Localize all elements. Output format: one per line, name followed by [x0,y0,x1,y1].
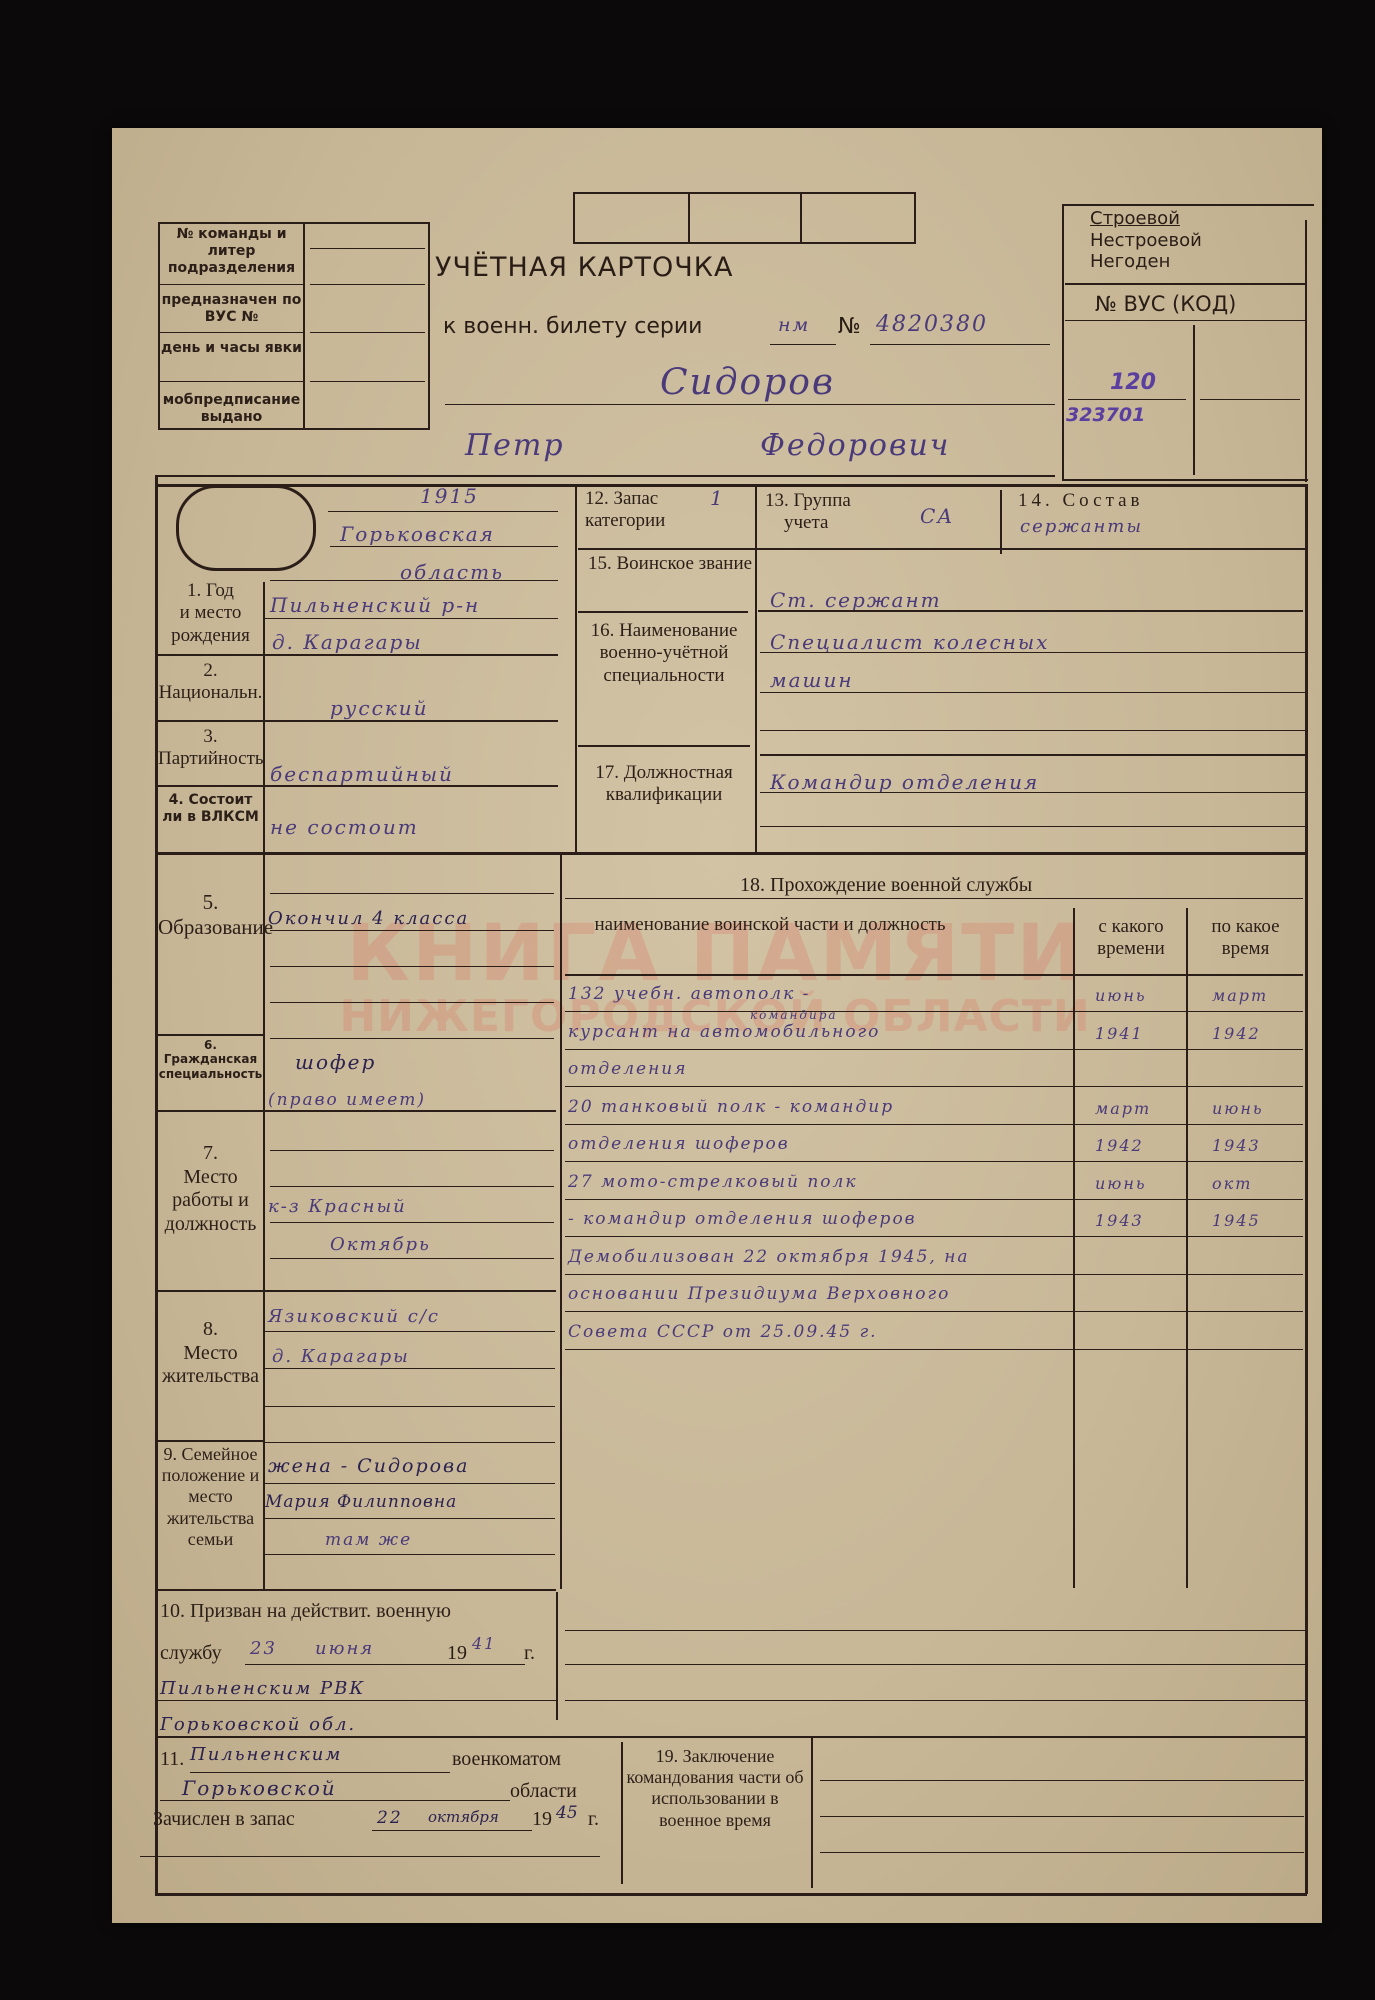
document-title: УЧЁТНАЯ КАРТОЧКА [435,252,733,283]
service-unit[interactable]: курсант на автомобильного [568,1022,880,1042]
service-to[interactable]: 1942 [1212,1024,1261,1043]
label-assigned-vus: предназначен по ВУС № [160,292,303,326]
label-reserve: Зачислен в запас [153,1808,295,1831]
label-nationality: 2. Национальн. [158,660,263,705]
workplace-line-2[interactable]: Октябрь [330,1234,431,1255]
drafted-year-prefix: 19 [447,1642,467,1665]
commissariat-value[interactable]: Пильненским [190,1744,342,1765]
family-line-1[interactable]: жена - Сидорова [268,1455,469,1477]
specialty-line-1[interactable]: Специалист колесных [770,630,1049,654]
label-commissariat: военкоматом [452,1748,561,1771]
service-unit[interactable]: 27 мото-стрелковый полк [568,1172,858,1192]
reserve-day[interactable]: 22 [377,1808,403,1828]
reserve-month[interactable]: октября [428,1808,499,1826]
service-unit[interactable]: 132 учебн. автополк - [568,984,810,1004]
reserve-year-end: г. [588,1808,599,1831]
drafted-by-line-1[interactable]: Пильненским РВК [160,1678,365,1699]
birth-place-line-4[interactable]: д. Карагары [272,630,423,654]
service-col-unit: наименование воинской части и должность [580,914,960,936]
label-team-number: № команды и литер подразделения [160,226,303,276]
label-mob-order: мобпредписание выдано [160,392,303,426]
label-rank: 15. Воинское звание [578,553,758,575]
reserve-year-prefix: 19 [532,1808,552,1831]
drafted-year[interactable]: 41 [472,1634,496,1653]
patronymic[interactable]: Федорович [760,428,950,463]
service-from[interactable]: июнь [1095,986,1147,1005]
label-birth: 1. Годи место рождения [158,580,263,647]
residence-line-2[interactable]: д. Карагары [272,1346,410,1367]
label-residence: 8.Место жительства [158,1318,263,1389]
service-unit[interactable]: - командир отделения шоферов [568,1209,917,1229]
service-unit[interactable]: 20 танковый полк - командир [568,1097,894,1117]
fitness-option-drill[interactable]: Строевой [1090,208,1202,230]
fitness-option-non-drill[interactable]: Нестроевой [1090,230,1202,252]
drafted-by-line-2[interactable]: Горьковской обл. [160,1714,356,1735]
ticket-prefix: к военн. билету серии [443,314,702,339]
education-value[interactable]: Окончил 4 класса [268,908,469,929]
birth-place-line-1[interactable]: Горьковская [340,522,495,546]
label-civil-specialty: 6. Гражданская специальность [158,1038,263,1081]
service-to[interactable]: окт [1212,1174,1252,1193]
service-to[interactable]: 1943 [1212,1136,1261,1155]
family-line-2[interactable]: Мария Филипповна [265,1492,457,1512]
label-workplace: 7.Место работы и должность [158,1142,263,1236]
residence-line-1[interactable]: Язиковский с/с [268,1306,440,1327]
komsomol-value[interactable]: не состоит [270,815,419,839]
service-unit[interactable]: Совета СССР от 25.09.45 г. [568,1322,878,1342]
ticket-number[interactable]: 4820380 [876,312,988,337]
reserve-year[interactable]: 45 [556,1803,578,1823]
label-education: 5.Образование [158,890,263,940]
label-region: области [510,1780,577,1803]
service-to[interactable]: июнь [1212,1099,1264,1118]
service-from[interactable]: март [1095,1099,1151,1118]
family-line-3[interactable]: там же [325,1530,412,1550]
label-reserve-category: 12. Запаскатегории [585,488,665,533]
service-col-to: по какое время [1188,916,1303,961]
drafted-month[interactable]: июня [315,1638,374,1659]
label-commissariat-num: 11. [160,1748,184,1771]
qualification-value[interactable]: Командир отделения [770,770,1039,794]
rank-value[interactable]: Ст. сержант [770,588,942,612]
service-unit[interactable]: отделения [568,1059,687,1079]
account-group-value[interactable]: СА [920,504,954,528]
civil-specialty-line-2[interactable]: (право имеет) [268,1090,426,1110]
label-qualification: 17. Должностная квалификации [578,762,750,807]
service-from[interactable]: 1942 [1095,1136,1144,1155]
service-note: командира [750,1008,838,1022]
service-unit[interactable]: отделения шоферов [568,1134,790,1154]
photo-placeholder [176,485,316,571]
fitness-option-unfit[interactable]: Негоден [1090,251,1202,273]
vus-code-label: № ВУС (КОД) [1095,292,1236,316]
party-value[interactable]: беспартийный [270,762,454,786]
label-family: 9. Семейное положение и место жительства… [158,1444,263,1550]
service-from[interactable]: июнь [1095,1174,1147,1193]
vus-stamp-bottom: 323701 [1066,404,1145,426]
service-unit[interactable]: основании Президиума Верховного [568,1284,950,1304]
label-komsomol: 4. Состоит ли в ВЛКСМ [158,792,263,826]
workplace-line-1[interactable]: к-з Красный [268,1196,407,1217]
service-unit[interactable]: Демобилизован 22 октября 1945, на [568,1247,970,1267]
region-value[interactable]: Горьковской [182,1776,337,1800]
drafted-day[interactable]: 23 [250,1638,277,1659]
label-composition: 14. Состав [1018,490,1144,512]
label-party: 3. Партийность [158,726,263,771]
label-account-group: 13. Группа учета [765,490,851,535]
vus-stamp-top: 120 [1110,370,1156,395]
composition-value[interactable]: сержанты [1020,516,1143,537]
label-drafted: 10. Призван на действит. военную [160,1600,451,1624]
service-col-from: с какого времени [1076,916,1186,961]
service-to[interactable]: 1945 [1212,1211,1261,1230]
ticket-series[interactable]: нм [778,314,810,336]
reserve-category-value[interactable]: 1 [710,486,725,510]
label-report-day: день и часы явки [160,340,303,357]
first-name[interactable]: Петр [465,428,565,463]
service-from[interactable]: 1941 [1095,1024,1144,1043]
surname[interactable]: Сидоров [660,362,835,403]
service-title: 18. Прохождение военной службы [740,874,1032,897]
ticket-number-label: № [838,314,861,339]
service-to[interactable]: март [1212,986,1268,1005]
civil-specialty-line-1[interactable]: шофер [295,1050,376,1074]
label-conclusion: 19. Заключение командования части об исп… [625,1746,805,1831]
service-from[interactable]: 1943 [1095,1211,1144,1230]
birth-year[interactable]: 1915 [420,484,479,508]
label-specialty: 16. Наименование военно-учётной специаль… [578,620,750,687]
label-drafted-service: службу [160,1642,222,1665]
drafted-year-end: г. [524,1642,535,1665]
nationality-value[interactable]: русский [330,696,429,720]
birth-place-line-3[interactable]: Пильненский р-н [270,593,480,617]
specialty-line-2[interactable]: машин [770,668,854,692]
